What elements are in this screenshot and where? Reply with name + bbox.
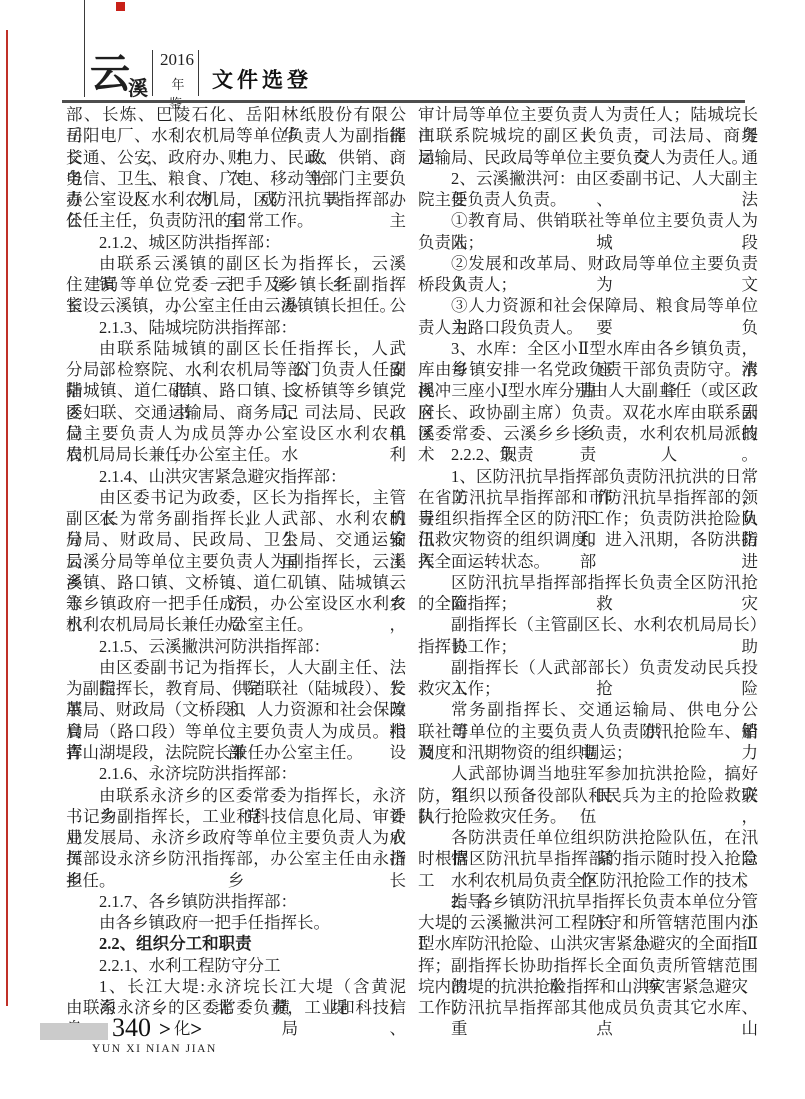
text-line: 由联系院城垸的副区长负责，司法局、商务局、交通 (418, 125, 758, 146)
left-column: 部、长炼、巴陵石化、岳阳林纸股份有限公司、华能岳阳电厂、水利农机局等单位负责人为… (66, 104, 406, 1018)
text-line: 食局（路口段）等单位主要负责人为成员。指挥部设 (66, 721, 406, 742)
text-line: 溪镇、路口镇、文桥镇、道仁矶镇、陆城镇、永济乡 (66, 572, 406, 593)
text-line: 2.2、组织分工和职责 (66, 933, 406, 954)
text-line: 挥部设永济乡防汛指挥部，办公室主任由永济乡乡长 (66, 848, 406, 869)
text-line: 枧冲三座小Ⅰ型水库分别由人大副主任（或区政府副 (418, 380, 758, 401)
masthead-logo-main: 云 (90, 52, 130, 96)
text-line: 大堤、云溪撇洪河工程防守和所管辖范围内小Ⅰ、小Ⅱ (418, 912, 758, 933)
masthead-year: 2016 (159, 50, 195, 70)
text-line: 2、各乡镇防汛抗旱指挥长负责本单位分管的长江 (418, 891, 758, 912)
masthead-logo-sub: 溪 (128, 72, 148, 101)
text-line: 2.2.1、水利工程防守分工 (66, 955, 406, 976)
text-line: 防，组织以预备役部队和民兵为主的抢险救灾队伍， (418, 785, 758, 806)
text-line: 岳阳电厂、水利农机局等单位负责人为副指挥长，财政、 (66, 125, 406, 146)
text-line: 1、长江大堤:永济垸长江大堤（含黄泥沟、北横堤） (66, 976, 406, 997)
red-margin-line (6, 30, 8, 1006)
text-line: 由各乡镇政府一把手任指挥长。 (66, 912, 406, 933)
text-line: 办公室设区水利农机局，区防汛抗旱指挥部办公室主 (66, 189, 406, 210)
text-line: 运输局、民政局等单位主要负责人为责任人。 (418, 147, 758, 168)
text-line: 责组织指挥全区的防汛工作；负责防洪抢险队伍和防 (418, 508, 758, 529)
footer-romanized-title: YUN XI NIAN JIAN (92, 1043, 217, 1055)
footer-gray-bar (40, 1023, 108, 1040)
text-line: 室设云溪镇，办公室主任由云溪镇镇长担任。 (66, 295, 406, 316)
text-line: ③人力资源和社会保障局、粮食局等单位主要负 (418, 295, 758, 316)
text-line: 1、区防汛抗旱指挥部负责防汛抗洪的日常工作， (418, 466, 758, 487)
text-line: 人武部协调当地驻军参加抗洪抢险，搞好军民联 (418, 763, 758, 784)
text-line: 区妇联、交通运输局、商务局、司法局、民政局等单 (66, 402, 406, 423)
text-line: 3、水库：全区小Ⅱ型水库由各乡镇负责，每座水 (418, 338, 758, 359)
text-line: 为副指挥长，教育局、供销联社（陆城段）、发展和改 (66, 678, 406, 699)
text-line: 书记为副指挥长，工业和科技信息化局、审计局、农 (66, 806, 406, 827)
text-line: 防汛抗旱指挥部其他成员负责其它水库、重点山 (418, 997, 758, 1018)
text-line: 联社等单位的主要负责人负责防汛抢险车、船及电力 (418, 721, 758, 742)
header-rule (62, 100, 745, 103)
right-column: 审计局等单位主要负责人为责任人；陆城垸长江大堤由联系院城垸的副区长负责，司法局、… (418, 104, 758, 1018)
text-line: 陆城镇、道仁矶镇、路口镇、文桥镇等乡镇党委书记、 (66, 380, 406, 401)
text-line: 水利农机局负责全区防汛抢险工作的技术指导。 (418, 870, 758, 891)
yearbook-page: 云 溪 2016 年 鉴 文件选登 部、长炼、巴陵石化、岳阳林纸股份有限公司、华… (0, 0, 805, 1099)
section-title: 文件选登 (212, 64, 312, 94)
text-line: 区长、政协副主席）负责。双花水库由联系云溪乡的 (418, 402, 758, 423)
footer-arrows-icon: > > (159, 1017, 209, 1041)
text-line: 2.1.4、山洪灾害紧急避灾指挥部： (66, 466, 406, 487)
text-line: 副指挥长（人武部部长）负责发动民兵投入抢险 (418, 657, 758, 678)
text-line: ②发展和改革局、财政局等单位主要负责人为文 (418, 253, 758, 274)
text-line: 位主要负责人为成员，办公室设区水利农机局，水利 (66, 423, 406, 444)
text-line: 等乡镇政府一把手任成员，办公室设区水利农机局， (66, 593, 406, 614)
text-line: 副指挥长（主管副区长、水利农机局局长）协助 (418, 614, 758, 635)
text-line: 2、云溪撇洪河：由区委副书记、人大副主任、法 (418, 168, 758, 189)
text-line: 型水库防汛抢险、山洪灾害紧急避灾的全面指挥； (418, 933, 758, 954)
text-line: 由区委书记为政委，区长为指挥长，主管农业的 (66, 487, 406, 508)
text-line: 革局、财政局（文桥段）、人力资源和社会保障局、粮 (66, 699, 406, 720)
text-line: 分局、财政局、民政局、卫生局、交通运输局、国土 (66, 529, 406, 550)
text-line: 区防汛抗旱指挥部指挥长负责全区防汛抢险救灾 (418, 572, 758, 593)
page-number: 340 (112, 1013, 151, 1042)
text-line: 库由乡镇安排一名党政负责干部负责防守。清溪、曹峰、 (418, 359, 758, 380)
text-line: 副区长为常务副指挥长，人武部、水利农机局、公安 (66, 508, 406, 529)
text-line: 垸内溃堤的抗洪抢险指挥和山洪灾害紧急避灾工作； (418, 976, 758, 997)
text-line: 由联系云溪镇的副区长为指挥长，云溪镇、云溪乡、 (66, 253, 406, 274)
text-line: 由联系永济乡的区委常委为指挥长，永济乡党委 (66, 785, 406, 806)
body-columns: 部、长炼、巴陵石化、岳阳林纸股份有限公司、华能岳阳电厂、水利农机局等单位负责人为… (66, 104, 758, 1018)
text-line: 审计局等单位主要负责人为责任人；陆城垸长江大堤 (418, 104, 758, 125)
text-line: 2.1.2、城区防洪指挥部： (66, 232, 406, 253)
red-corner-mark (116, 2, 125, 11)
text-line: 2.1.3、陆城垸防洪指挥部： (66, 317, 406, 338)
text-line: ①教育局、供销联社等单位主要负责人为陆城段 (418, 210, 758, 231)
text-line: 区委常委、云溪乡乡长负责，水利农机局派技术负责人。 (418, 423, 758, 444)
text-line: 分局、检察院、水利农机局等部门负责人任副指挥长， (66, 359, 406, 380)
text-line: 2.1.7、各乡镇防洪指挥部： (66, 891, 406, 912)
text-line: 2.1.5、云溪撇洪河防洪指挥部： (66, 636, 406, 657)
text-line: 由区委副书记为指挥长，人大副主任、法院院长 (66, 657, 406, 678)
text-line: 时根据区防汛抗旱指挥部的指示随时投入抢险工作。 (418, 848, 758, 869)
text-line: 2.1.6、永济垸防洪指挥部： (66, 763, 406, 784)
text-line: 在省防汛抗旱指挥部和市防汛抗旱指挥部的领导下负 (418, 487, 758, 508)
text-line: 云溪分局等单位主要负责人为副指挥长，云溪乡、云 (66, 551, 406, 572)
text-line: 汛救灾物资的组织调度。进入汛期，各防洪指挥部进 (418, 529, 758, 550)
text-line: 电信、卫生、粮食、广电、移动等部门主要负责人为成员。 (66, 168, 406, 189)
masthead-divider (152, 50, 153, 96)
text-line: 各防洪责任单位组织防洪抢险队伍，在汛情紧急 (418, 827, 758, 848)
text-line: 由联系陆城镇的副区长任指挥长，人武部、公安 (66, 338, 406, 359)
text-line: 副指挥长协助指挥长全面负责所管辖范围的水库、 (418, 955, 758, 976)
text-line: 交通、公安、政府办、电力、民政、供销、商务、农业、 (66, 147, 406, 168)
masthead-divider (198, 50, 199, 96)
masthead-left-rule (84, 0, 85, 97)
page-number-row: 340> > (112, 1014, 209, 1043)
text-line: 部、长炼、巴陵石化、岳阳林纸股份有限公司、华能 (66, 104, 406, 125)
text-line: 常务副指挥长、交通运输局、供电分公司、供销 (418, 699, 758, 720)
text-line: 住建局等单位党委一把手及乡镇长任副指挥长，办公 (66, 274, 406, 295)
text-line: 青山湖堤段，法院院长兼任办公室主任。 (66, 742, 406, 763)
text-line: 业发展局、永济乡政府等单位主要负责人为成员。指 (66, 827, 406, 848)
